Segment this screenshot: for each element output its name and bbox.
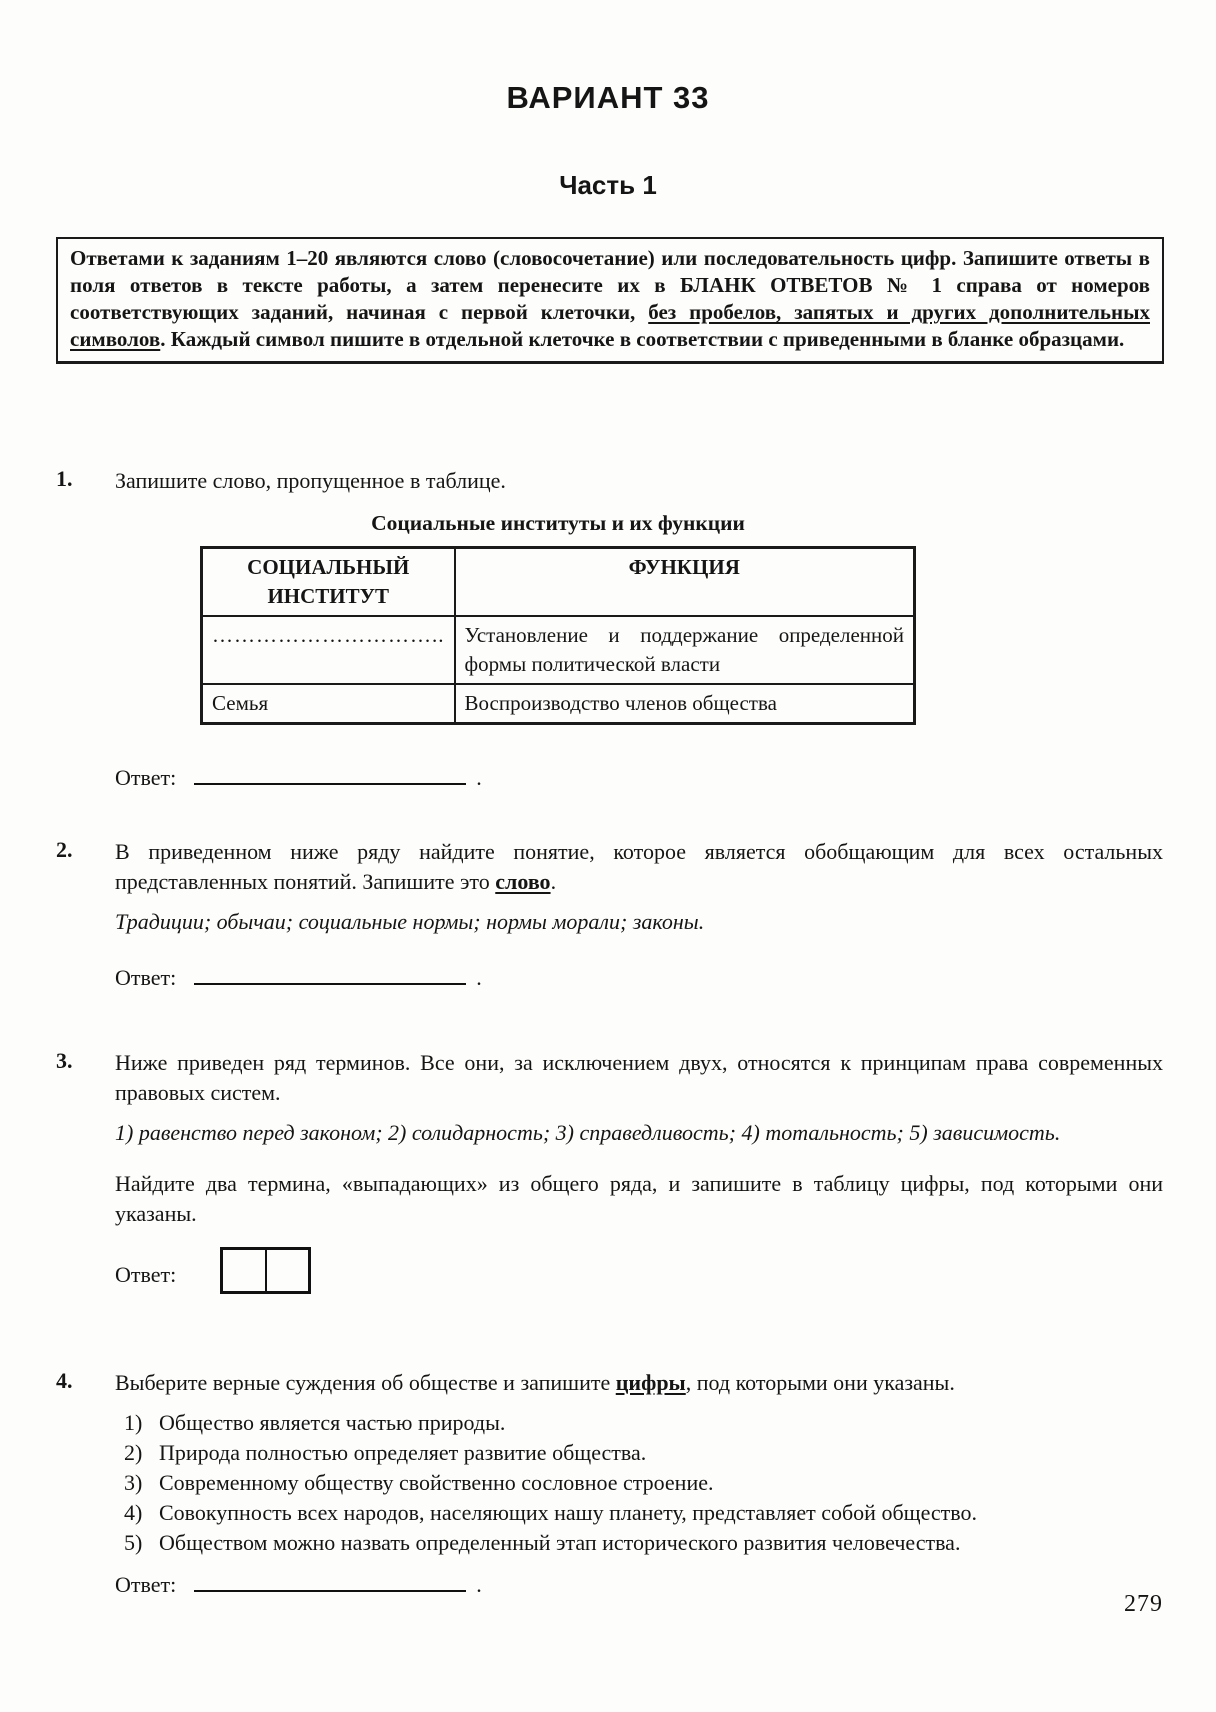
answer-period: .: [476, 1572, 482, 1597]
question-4: Выберите верные суждения об обществе и з…: [115, 1368, 1163, 1600]
table-cell-function-2: Воспроизводство членов общества: [455, 684, 915, 724]
option-3: 3)Современному обществу свойственно сосл…: [115, 1468, 1163, 1498]
question-3-text: Ниже приведен ряд терминов. Все они, за …: [115, 1048, 1163, 1108]
answer-label: Ответ:: [115, 965, 176, 990]
answer-blank: [194, 770, 466, 785]
question-4-options: 1)Общество является частью природы. 2)Пр…: [115, 1408, 1163, 1558]
option-4: 4)Совокупность всех народов, населяющих …: [115, 1498, 1163, 1528]
option-5: 5)Обществом можно назвать определенный э…: [115, 1528, 1163, 1558]
table-header-institute: СОЦИАЛЬНЫЙ ИНСТИТУТ: [202, 548, 455, 617]
question-4-answer-line: Ответ:.: [115, 1570, 1163, 1600]
question-4-number: 4.: [56, 1368, 114, 1394]
question-2-keyword: слово: [495, 869, 550, 894]
question-2: В приведенном ниже ряду найдите понятие,…: [115, 837, 1163, 993]
question-2-answer-line: Ответ:.: [115, 963, 1163, 993]
answer-cell-1: [223, 1250, 264, 1291]
question-3-answer-line: Ответ:: [115, 1247, 1163, 1294]
instructions-text-2: . Каждый символ пишите в отдельной клето…: [160, 327, 1124, 351]
question-2-number: 2.: [56, 837, 114, 863]
question-1-answer-line: Ответ:.: [115, 763, 1163, 793]
question-3-text-2: Найдите два термина, «выпадающих» из общ…: [115, 1169, 1163, 1229]
question-1-table-wrap: Социальные институты и их функции СОЦИАЛ…: [200, 508, 916, 725]
table-cell-function-1: Установление и поддержание определенной …: [455, 616, 915, 684]
question-4-keyword: цифры: [616, 1370, 686, 1395]
question-2-terms: Традиции; обычаи; социальные нормы; норм…: [115, 907, 1163, 937]
answer-label: Ответ:: [115, 1572, 176, 1597]
question-1-text: Запишите слово, пропущенное в таблице.: [115, 466, 1163, 496]
answer-period: .: [476, 765, 482, 790]
table-row: ………………………….. Установление и поддержание …: [202, 616, 915, 684]
answer-cell-2: [267, 1250, 308, 1291]
answer-period: .: [476, 965, 482, 990]
part-title: Часть 1: [0, 170, 1216, 201]
answer-blank: [194, 970, 466, 985]
table-cell-institute-2: Семья: [202, 684, 455, 724]
instructions-box: Ответами к заданиям 1–20 являются слово …: [56, 237, 1164, 364]
answer-label: Ответ:: [115, 765, 176, 790]
table-header-function: ФУНКЦИЯ: [455, 548, 915, 617]
question-1-number: 1.: [56, 466, 114, 492]
answer-cells-box: [220, 1247, 311, 1294]
question-3-number: 3.: [56, 1048, 114, 1074]
answer-blank: [194, 1577, 466, 1592]
table-title: Социальные институты и их функции: [200, 508, 916, 538]
table-cell-missing-word: …………………………..: [202, 616, 455, 684]
social-institutes-table: СОЦИАЛЬНЫЙ ИНСТИТУТ ФУНКЦИЯ …………………………..…: [200, 546, 916, 725]
question-1: Запишите слово, пропущенное в таблице. С…: [115, 466, 1163, 793]
page-number: 279: [1124, 1591, 1163, 1618]
answer-label: Ответ:: [115, 1260, 176, 1290]
question-3: Ниже приведен ряд терминов. Все они, за …: [115, 1048, 1163, 1294]
question-3-terms: 1) равенство перед законом; 2) солидарно…: [115, 1118, 1163, 1148]
option-1: 1)Общество является частью природы.: [115, 1408, 1163, 1438]
question-4-text: Выберите верные суждения об обществе и з…: [115, 1368, 1163, 1398]
question-2-text: В приведенном ниже ряду найдите понятие,…: [115, 837, 1163, 897]
variant-title: ВАРИАНТ 33: [0, 80, 1216, 116]
table-row: Семья Воспроизводство членов общества: [202, 684, 915, 724]
option-2: 2)Природа полностью определяет развитие …: [115, 1438, 1163, 1468]
